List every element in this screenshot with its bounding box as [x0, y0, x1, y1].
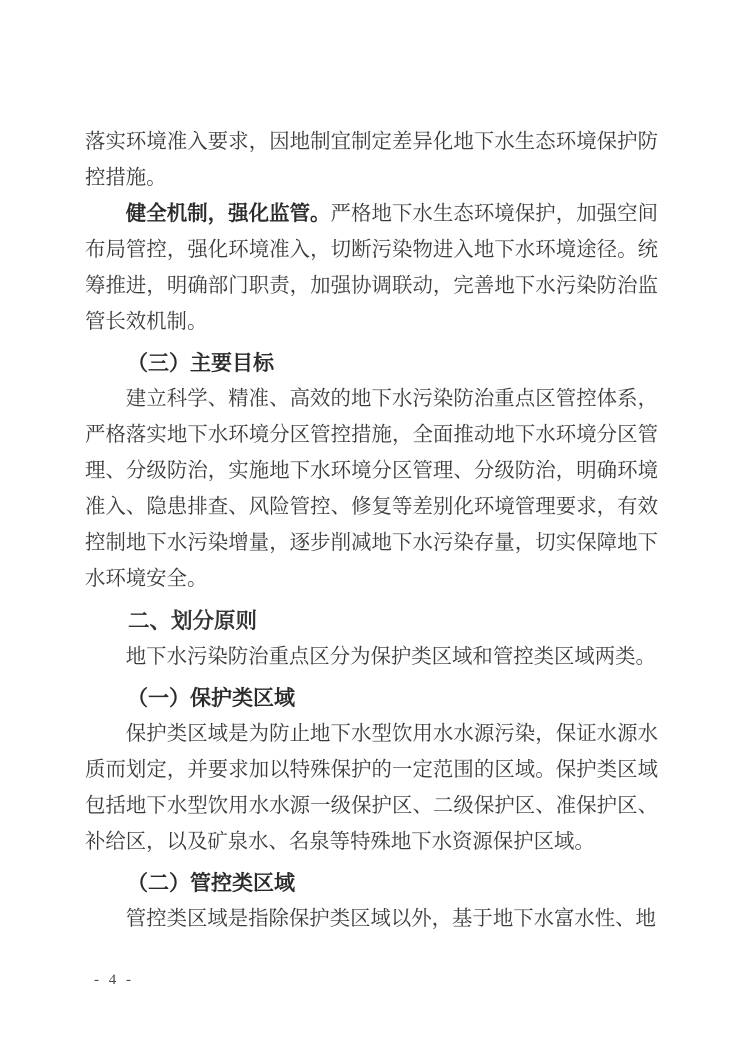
document-text-block: 落实环境准入要求，因地制宜制定差异化地下水生态环境保护防控措施。 健全机制，强化…: [85, 124, 658, 937]
section-heading-division-principles: 二、划分原则: [85, 603, 658, 639]
document-page: 落实环境准入要求，因地制宜制定差异化地下水生态环境保护防控措施。 健全机制，强化…: [0, 0, 753, 1064]
paragraph-lead-bold: 健全机制，强化监管。: [126, 203, 331, 225]
body-paragraph-continuation: 落实环境准入要求，因地制宜制定差异化地下水生态环境保护防控措施。: [85, 124, 658, 196]
subsection-heading-control-zones: （二）管控类区域: [85, 865, 658, 901]
body-paragraph: 地下水污染防治重点区分为保护类区域和管控类区域两类。: [85, 639, 658, 675]
subsection-heading-main-goals: （三）主要目标: [85, 345, 658, 381]
body-paragraph: 保护类区域是为防止地下水型饮用水水源污染，保证水源水质而划定，并要求加以特殊保护…: [85, 716, 658, 860]
body-paragraph-cutoff: 管控类区域是指除保护类区域以外，基于地下水富水性、地: [85, 901, 658, 937]
page-number: - 4 -: [94, 972, 134, 989]
body-paragraph: 建立科学、精准、高效的地下水污染防治重点区管控体系，严格落实地下水环境分区管控措…: [85, 381, 658, 597]
subsection-heading-protection-zones: （一）保护类区域: [85, 680, 658, 716]
body-paragraph: 健全机制，强化监管。严格地下水生态环境保护，加强空间布局管控，强化环境准入，切断…: [85, 196, 658, 340]
